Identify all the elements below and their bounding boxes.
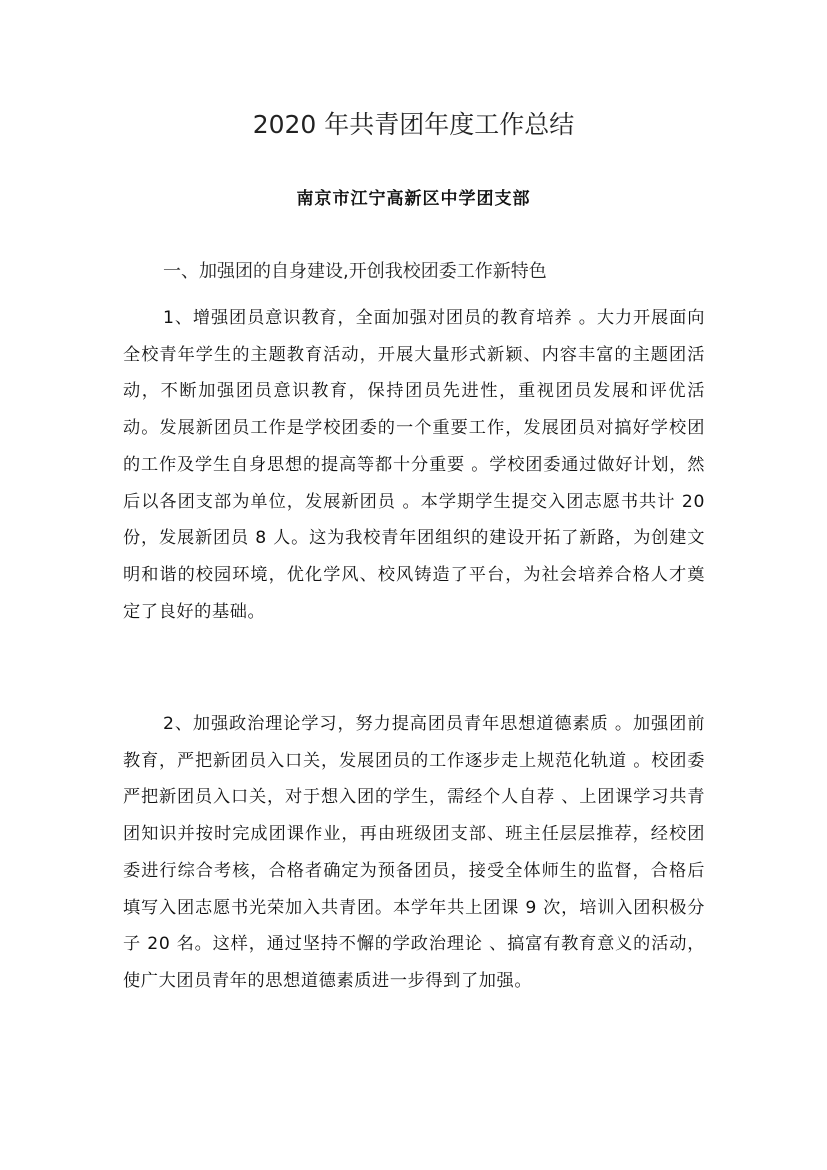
section-heading: 一、加强团的自身建设,开创我校团委工作新特色 — [163, 258, 723, 286]
document-subtitle: 南京市江宁高新区中学团支部 — [0, 186, 827, 212]
paragraph-2: 2、加强政治理论学习，努力提高团员青年思想道德素质 。加强团前教育，严把新团员入… — [123, 706, 705, 1000]
document-title: 2020 年共青团年度工作总结 — [0, 108, 827, 142]
document-page: 2020 年共青团年度工作总结 南京市江宁高新区中学团支部 一、加强团的自身建设… — [0, 0, 827, 1170]
paragraph-1: 1、增强团员意识教育，全面加强对团员的教育培养 。大力开展面向全校青年学生的主题… — [123, 300, 705, 630]
